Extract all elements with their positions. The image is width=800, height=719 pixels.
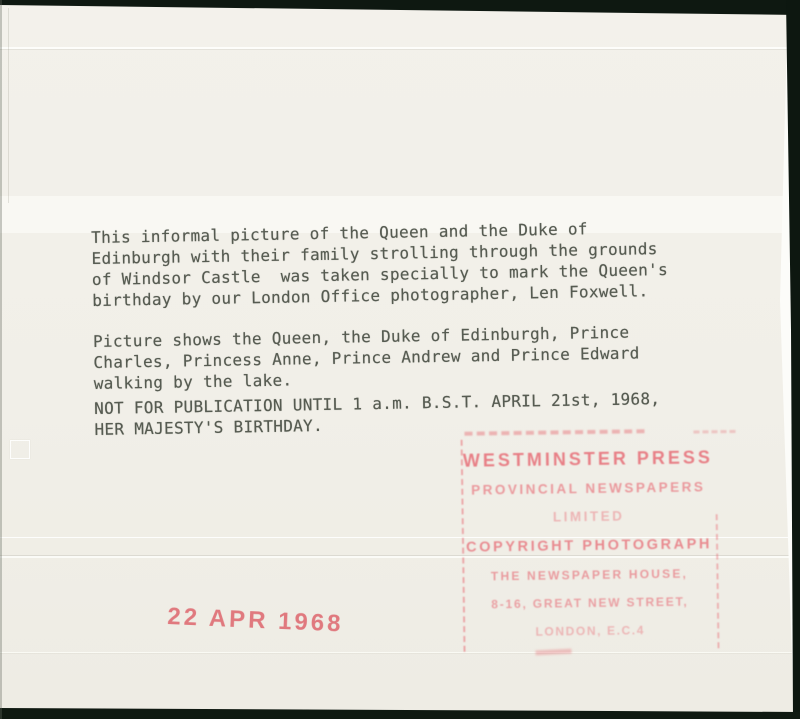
stamp-line-copyright-photograph: COPYRIGHT PHOTOGRAPH	[460, 536, 718, 556]
stamp-ink-smudge	[535, 649, 571, 656]
typed-caption: This informal picture of the Queen and t…	[91, 217, 695, 440]
photo-verso-scan: This informal picture of the Queen and t…	[0, 0, 800, 719]
stamp-line-provincial-newspapers: PROVINCIAL NEWSPAPERS	[459, 479, 717, 498]
paper-crease	[0, 47, 800, 49]
stamp-line-street-address: 8-16, GREAT NEW STREET,	[461, 594, 719, 612]
copyright-stamp-box: WESTMINSTER PRESS PROVINCIAL NEWSPAPERS …	[458, 426, 719, 656]
stamp-border-top	[464, 429, 644, 436]
stamp-line-london: LONDON, E.C.4	[461, 622, 719, 640]
caption-paragraph-description: This informal picture of the Queen and t…	[91, 217, 692, 311]
scan-edge-bottom	[0, 708, 800, 719]
paper-edge-shadow	[8, 8, 9, 203]
paper-impression-mark	[10, 440, 30, 459]
caption-paragraph-picture-shows: Picture shows the Queen, the Duke of Edi…	[93, 321, 694, 394]
stamp-border-top-fragment	[693, 430, 735, 434]
stamp-line-company: WESTMINSTER PRESS	[459, 447, 717, 472]
stamp-line-limited: LIMITED	[460, 507, 718, 526]
scan-edge-top	[0, 0, 800, 16]
scan-edge-left	[0, 0, 2, 719]
date-stamp: 22 APR 1968	[167, 603, 344, 639]
stamp-line-newspaper-house: THE NEWSPAPER HOUSE,	[460, 566, 718, 584]
